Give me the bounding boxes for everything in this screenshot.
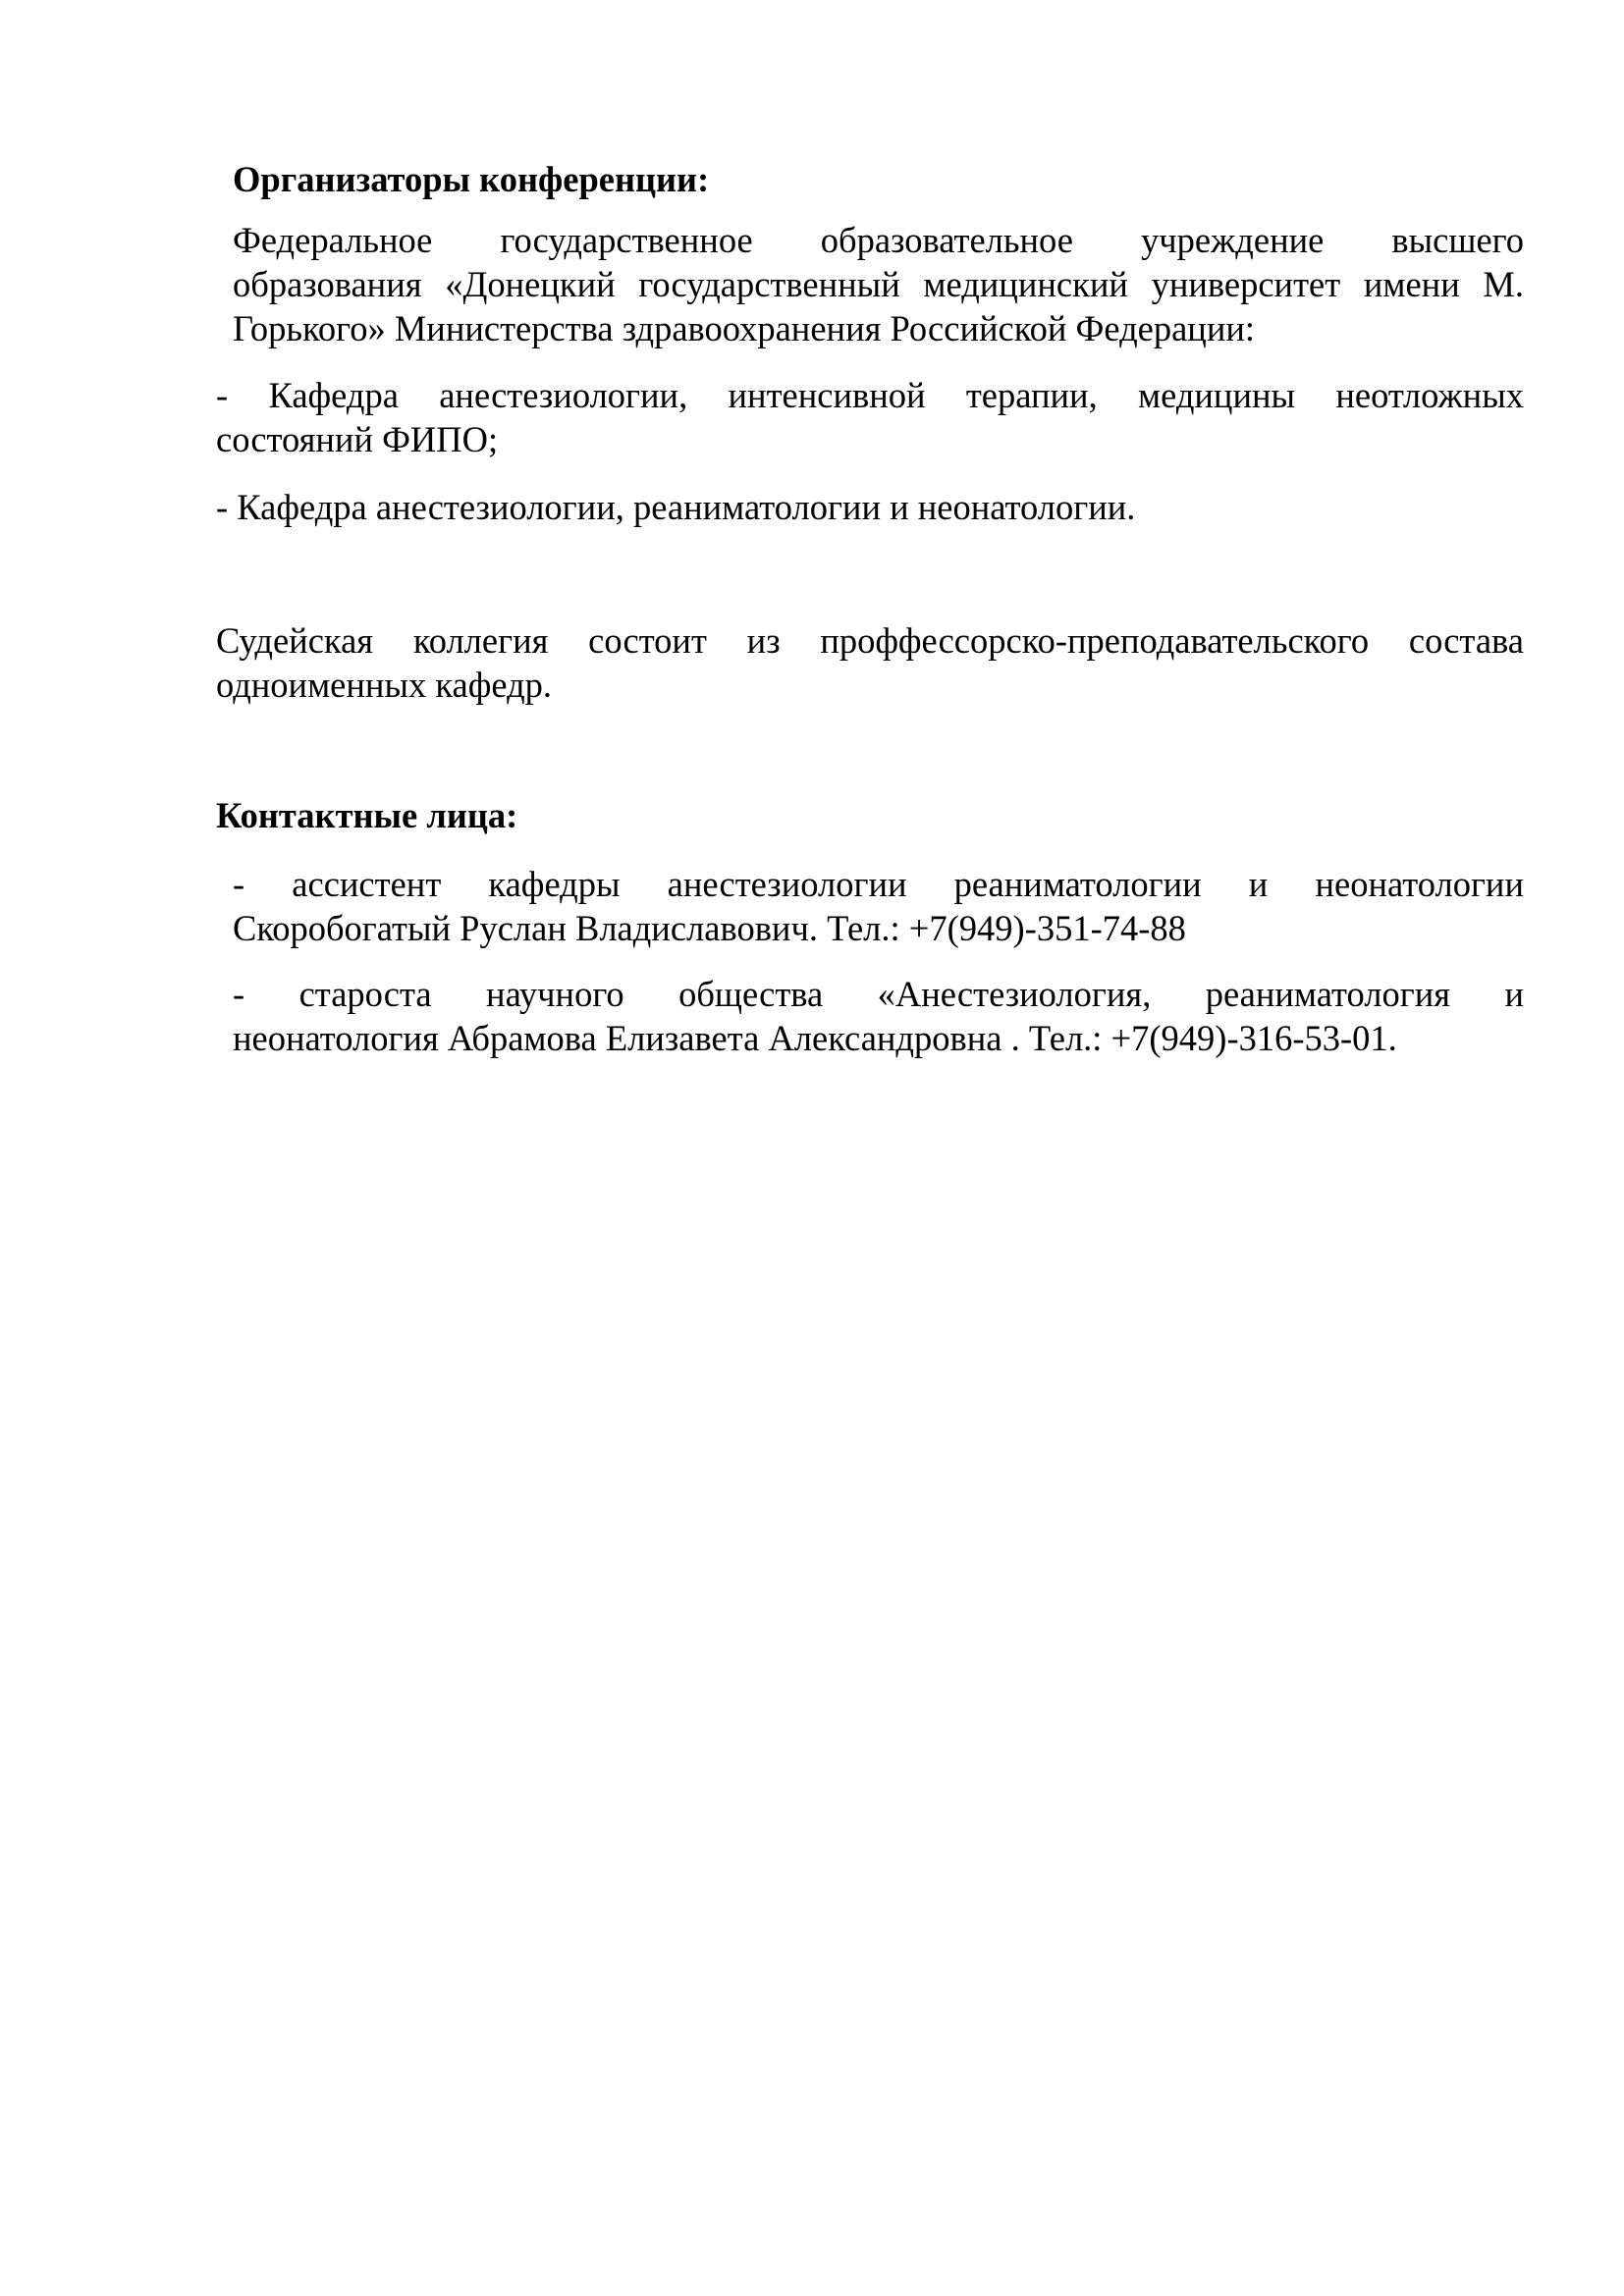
jury-line: одноименных кафедр. [216,663,1524,707]
contact-line: - староста научного общества «Анестезиол… [233,972,1524,1016]
department-line: - Кафедра анестезиологии, реаниматологии… [216,485,1524,529]
department-line: состояний ФИПО; [216,417,1524,461]
document-page: Организаторы конференции: Федеральное го… [0,0,1624,2296]
contact-line: - ассистент кафедры анестезиологии реани… [233,862,1524,906]
department-item: - Кафедра анестезиологии, интенсивной те… [216,373,1524,461]
contact-line: Скоробогатый Руслан Владиславович. Тел.:… [233,906,1524,950]
institution-paragraph: Федеральное государственное образователь… [233,218,1524,350]
institution-line: образования «Донецкий государственный ме… [233,262,1524,306]
jury-line: Судейская коллегия состоит из проффессор… [216,618,1524,663]
department-item: - Кафедра анестезиологии, реаниматологии… [216,485,1524,529]
contact-item: - староста научного общества «Анестезиол… [233,972,1524,1060]
jury-paragraph: Судейская коллегия состоит из проффессор… [216,618,1524,707]
organizers-heading: Организаторы конференции: [233,157,1529,201]
institution-line: Федеральное государственное образователь… [233,218,1524,262]
department-line: - Кафедра анестезиологии, интенсивной те… [216,373,1524,417]
institution-line: Горького» Министерства здравоохранения Р… [233,306,1524,350]
contact-line: неонатология Абрамова Елизавета Александ… [233,1016,1524,1060]
contacts-heading: Контактные лица: [216,793,1512,837]
contact-item: - ассистент кафедры анестезиологии реани… [233,862,1524,950]
